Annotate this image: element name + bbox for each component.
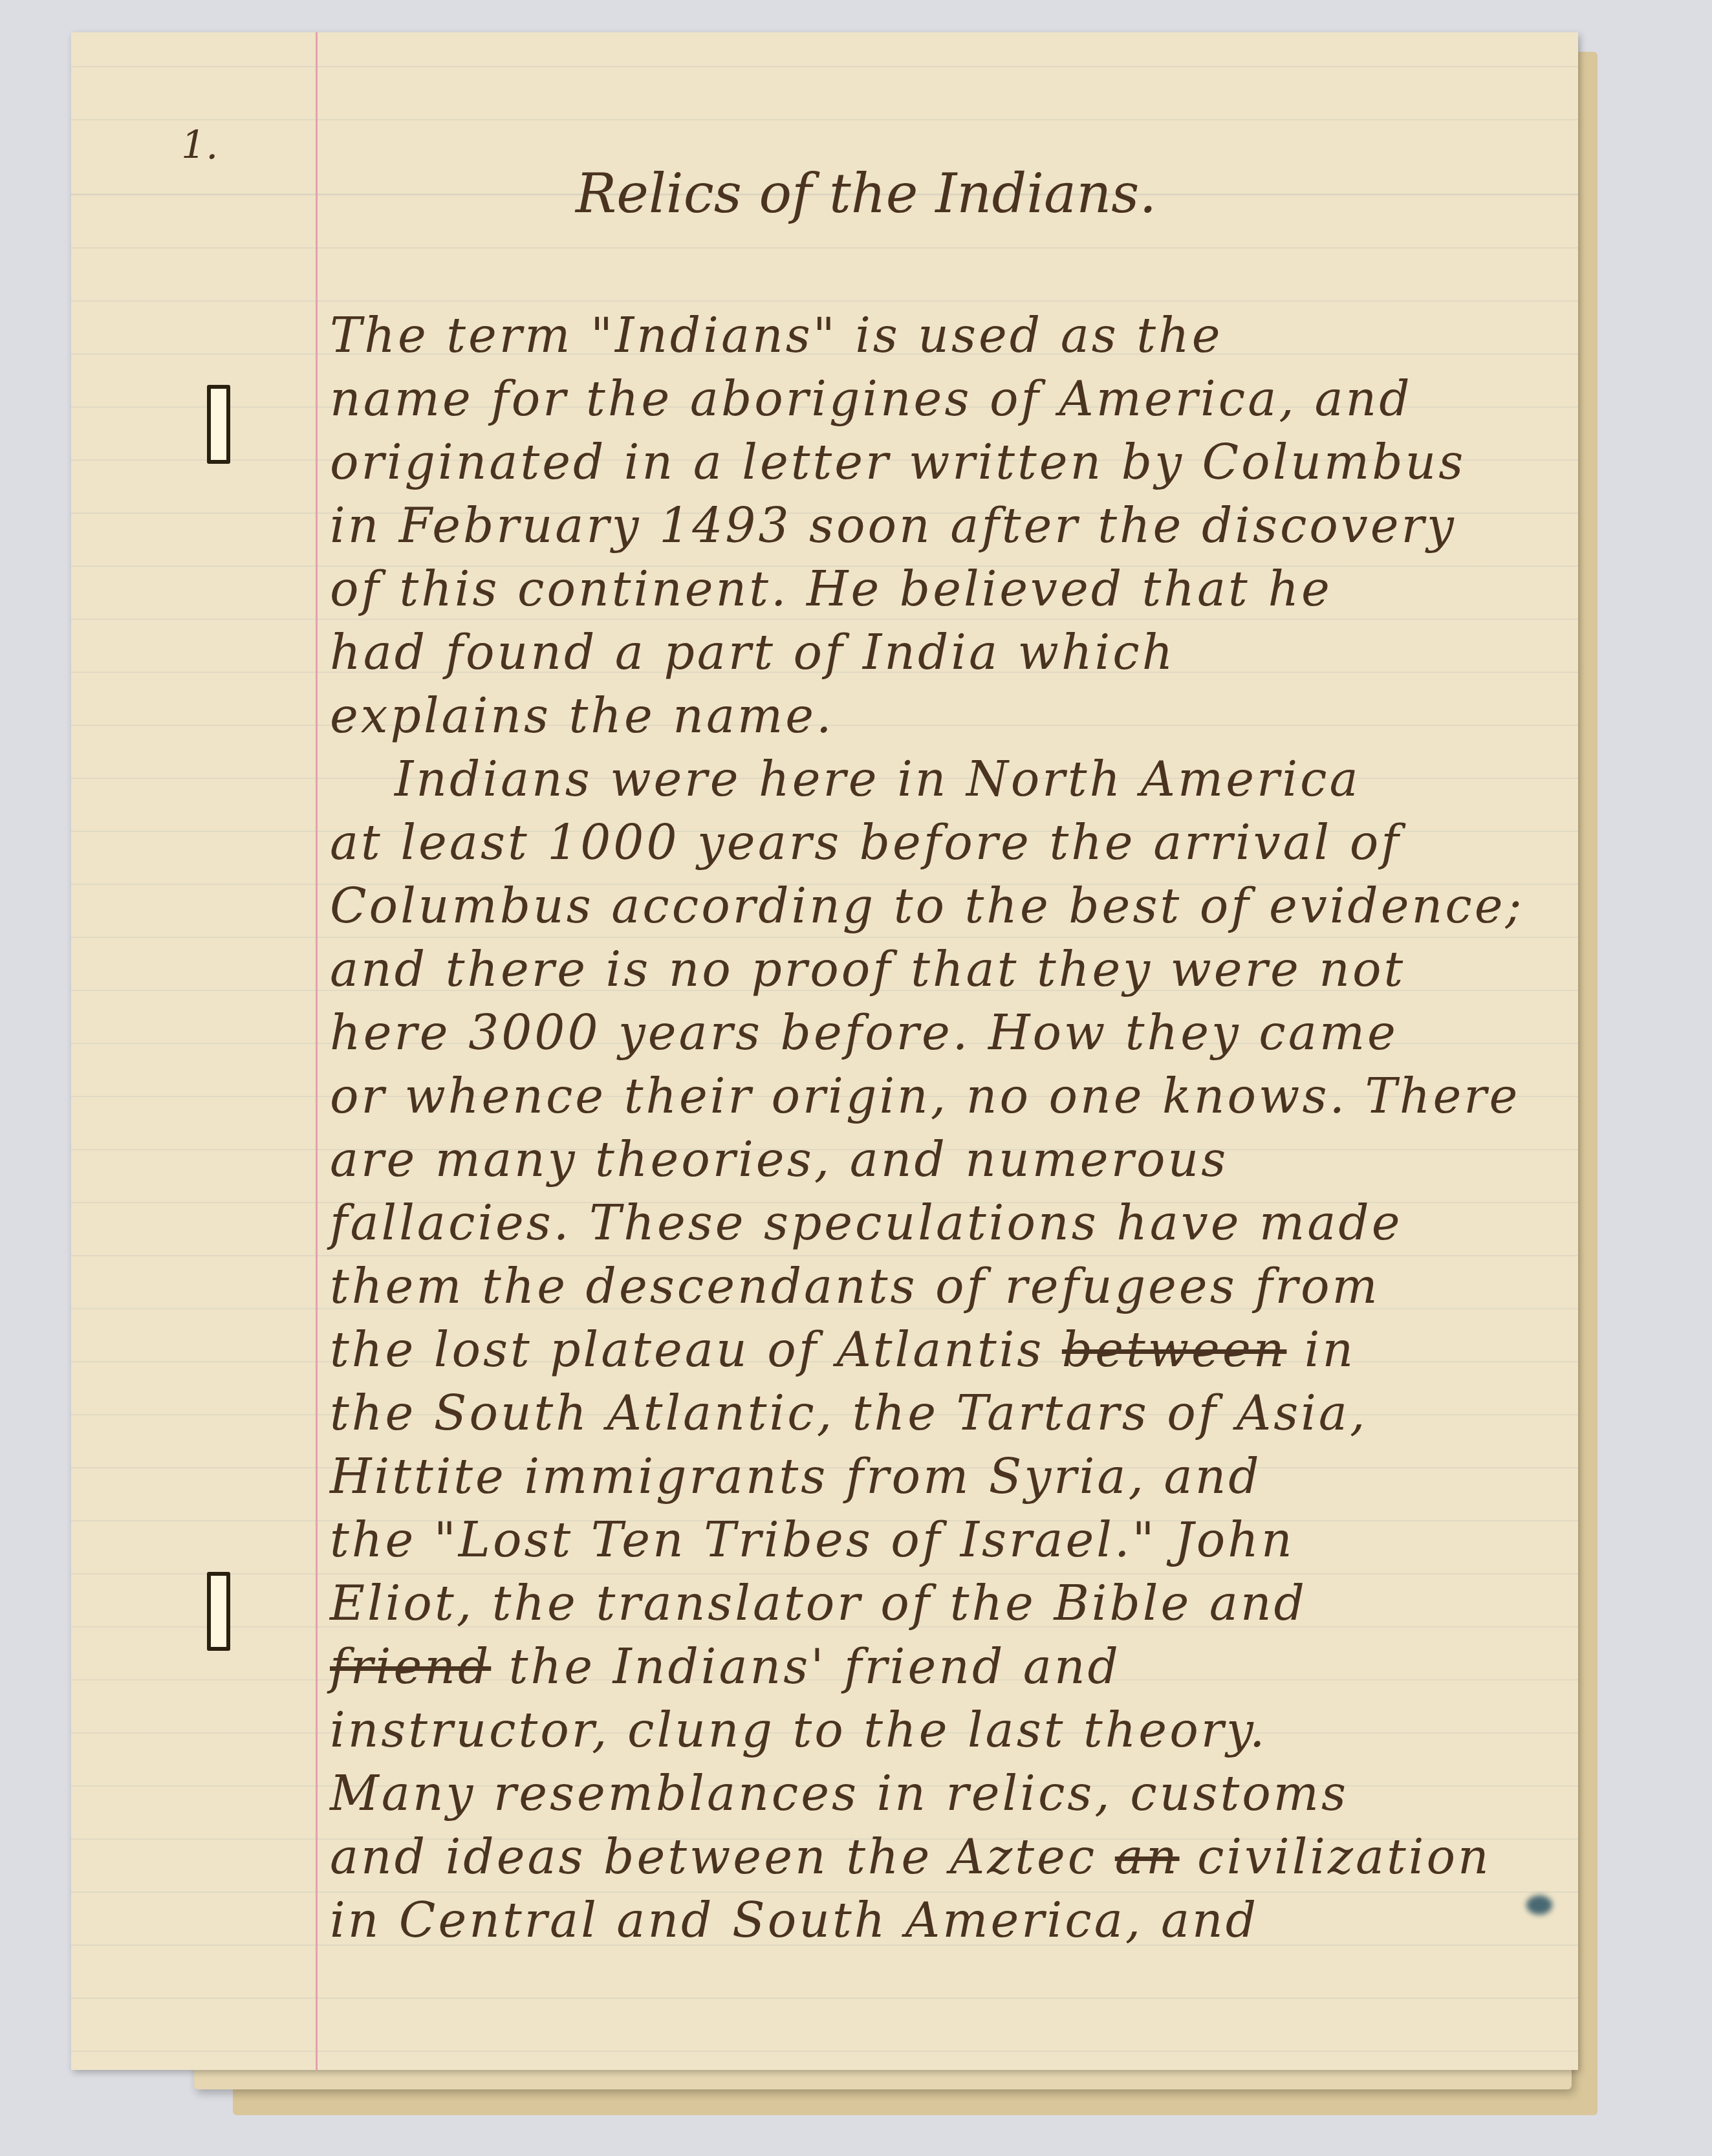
text-line: instructor, clung to the last theory.	[330, 1699, 1598, 1762]
struck-word: an	[1115, 1829, 1180, 1885]
line-segment: in	[1286, 1322, 1356, 1378]
text-line: and ideas between the Aztec an civilizat…	[330, 1825, 1598, 1889]
text-line: the "Lost Ten Tribes of Israel." John	[330, 1508, 1598, 1572]
text-line: friend the Indians' friend and	[330, 1635, 1598, 1699]
margin-line	[316, 32, 318, 2070]
text-line: the lost plateau of Atlantis between in	[330, 1318, 1598, 1382]
page-number: 1.	[181, 123, 218, 168]
text-line: Many resemblances in relics, customs	[330, 1762, 1598, 1825]
ink-blot	[1526, 1895, 1552, 1915]
manuscript-page: 1. Relics of the Indians. The term "Indi…	[71, 32, 1578, 2070]
text-line: Indians were here in North America	[330, 748, 1598, 811]
struck-word: friend	[330, 1639, 491, 1695]
handwritten-body: The term "Indians" is used as the name f…	[330, 304, 1598, 1952]
binding-hole	[207, 385, 230, 464]
text-line: of this continent. He believed that he	[330, 558, 1598, 621]
text-line: here 3000 years before. How they came	[330, 1001, 1598, 1065]
text-line: Hittite immigrants from Syria, and	[330, 1445, 1598, 1508]
text-line: the South Atlantic, the Tartars of Asia,	[330, 1382, 1598, 1445]
line-segment: and ideas between the Aztec	[330, 1829, 1115, 1885]
text-line: or whence their origin, no one knows. Th…	[330, 1065, 1598, 1128]
text-line: in Central and South America, and	[330, 1889, 1598, 1952]
text-line: Columbus according to the best of eviden…	[330, 875, 1598, 938]
text-line: explains the name.	[330, 684, 1598, 748]
text-line: fallacies. These speculations have made	[330, 1192, 1598, 1255]
text-line: Eliot, the translator of the Bible and	[330, 1572, 1598, 1635]
text-line: originated in a letter written by Columb…	[330, 431, 1598, 494]
struck-word: between	[1062, 1322, 1287, 1378]
text-line: name for the aborigines of America, and	[330, 367, 1598, 431]
line-segment: civilization	[1180, 1829, 1491, 1885]
line-segment: the lost plateau of Atlantis	[330, 1322, 1062, 1378]
page-title: Relics of the Indians.	[576, 162, 1156, 225]
binding-hole	[207, 1572, 230, 1651]
text-line: are many theories, and numerous	[330, 1128, 1598, 1192]
text-line: and there is no proof that they were not	[330, 938, 1598, 1001]
text-line: had found a part of India which	[330, 621, 1598, 684]
line-segment: the Indians' friend and	[491, 1639, 1121, 1695]
text-line: in February 1493 soon after the discover…	[330, 494, 1598, 558]
text-line: at least 1000 years before the arrival o…	[330, 811, 1598, 875]
text-line: them the descendants of refugees from	[330, 1255, 1598, 1318]
text-line: The term "Indians" is used as the	[330, 304, 1598, 367]
